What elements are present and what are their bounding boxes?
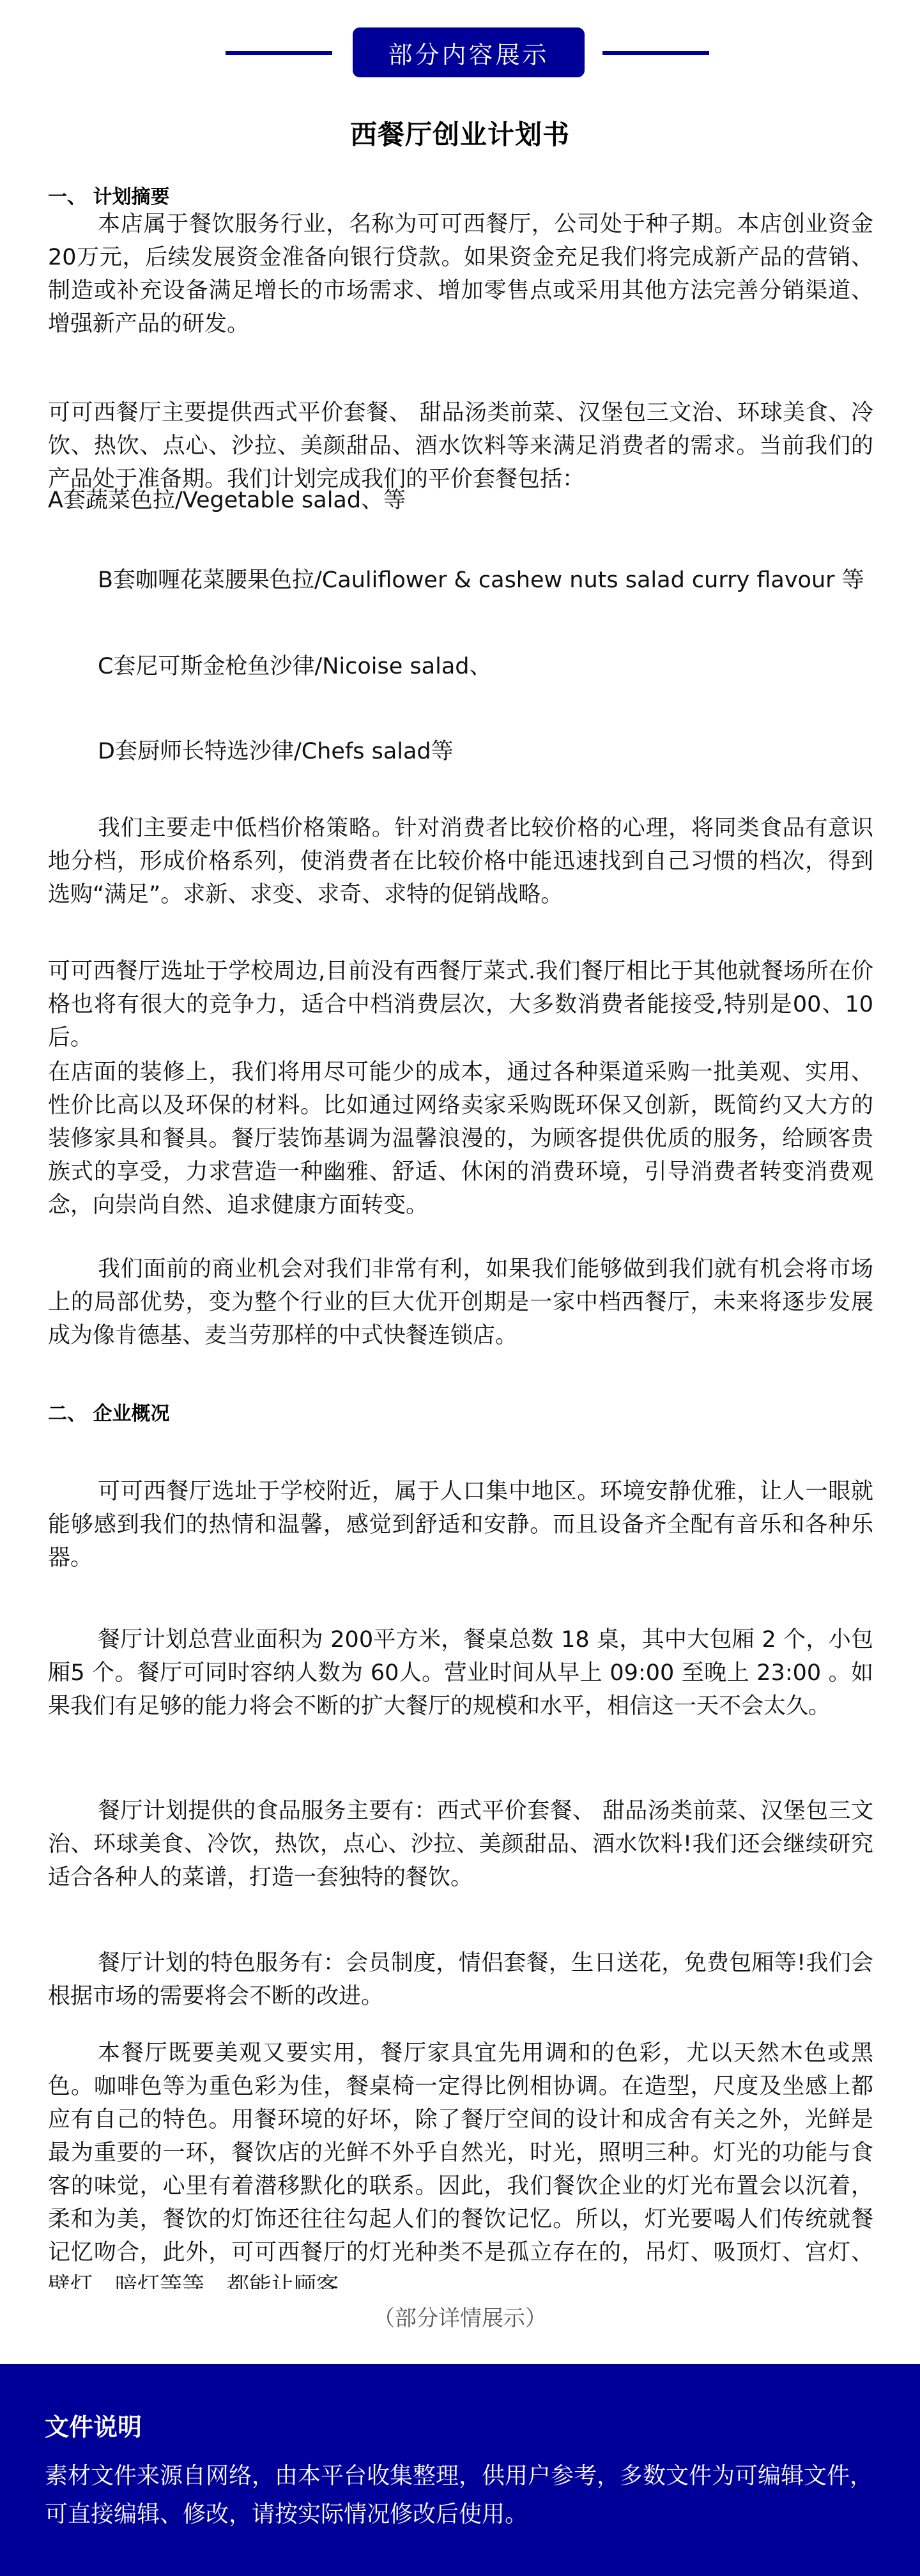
section-heading-overview: 二、 企业概况: [48, 1398, 169, 1426]
paragraph: 本餐厅既要美观又要实用，餐厅家具宜先用调和的色彩，尤以天然木色或黑色。咖啡色等为…: [48, 2037, 873, 2289]
section-heading-summary: 一、 计划摘要: [48, 181, 169, 209]
paragraph: 我们面前的商业机会对我们非常有利，如果我们能够做到我们就有机会将市场上的局部优势…: [48, 1253, 873, 1352]
paragraph: 餐厅计划的特色服务有：会员制度，情侣套餐，生日送花，免费包厢等!我们会根据市场的…: [48, 1947, 873, 2013]
paragraph: 可可西餐厅选址于学校附近，属于人口集中地区。环境安静优雅，让人一眼就能够感到我们…: [48, 1475, 873, 1575]
footer-text: 素材文件来源自网络，由本平台收集整理，供用户参考，多数文件为可编辑文件，可直接编…: [45, 2457, 882, 2534]
menu-item-c: C套尼可斯金枪鱼沙律/Nicoise salad、: [98, 650, 877, 683]
banner-left-rule: [226, 51, 332, 55]
banner-label: 部分内容展示: [388, 35, 549, 70]
footer-title: 文件说明: [45, 2407, 142, 2442]
menu-item-d: D套厨师长特选沙律/Chefs salad等: [98, 735, 877, 768]
partial-preview-note: （部分详情展示）: [0, 2301, 920, 2332]
paragraph: 我们主要走中低档价格策略。针对消费者比较价格的心理，将同类食品有意识地分档，形成…: [48, 812, 873, 911]
banner-label-box: 部分内容展示: [353, 27, 585, 77]
file-notice-footer: 文件说明 素材文件来源自网络，由本平台收集整理，供用户参考，多数文件为可编辑文件…: [0, 2364, 920, 2576]
paragraph: 本店属于餐饮服务行业，名称为可可西餐厅，公司处于种子期。本店创业资金20万元，后…: [48, 208, 873, 341]
paragraph: 餐厅计划提供的食品服务主要有：西式平价套餐、 甜品汤类前菜、汉堡包三文治、环球美…: [48, 1794, 873, 1894]
paragraph: 在店面的装修上，我们将用尽可能少的成本，通过各种渠道采购一批美观、实用、性价比高…: [48, 1056, 873, 1222]
paragraph: 可可西餐厅选址于学校周边,目前没有西餐厅菜式.我们餐厅相比于其他就餐场所在价格也…: [48, 955, 873, 1054]
document-title: 西餐厅创业计划书: [0, 114, 920, 152]
menu-item-a: A套蔬菜色拉/Vegetable salad、等: [48, 484, 873, 517]
section-banner: 部分内容展示: [0, 27, 920, 77]
menu-item-b: B套咖喱花菜腰果色拉/Cauliflower & cashew nuts sal…: [98, 564, 877, 597]
paragraph: 可可西餐厅主要提供西式平价套餐、 甜品汤类前菜、汉堡包三文治、环球美食、冷饮、热…: [48, 396, 873, 496]
banner-right-rule: [602, 51, 709, 55]
paragraph: 餐厅计划总营业面积为 200平方米，餐桌总数 18 桌，其中大包厢 2 个，小包…: [48, 1623, 873, 1723]
